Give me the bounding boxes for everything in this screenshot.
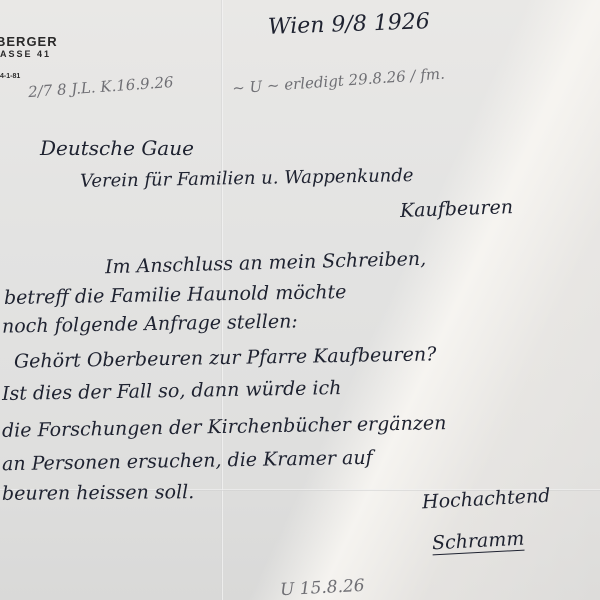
letterhead-street: ASSE 41 xyxy=(0,49,51,59)
letter-page: BERGER ASSE 41 4-1-81 Wien 9/8 1926 2/7 … xyxy=(0,0,600,600)
letterhead-phone: 4-1-81 xyxy=(0,73,20,80)
body-line-3: noch folgende Anfrage stellen: xyxy=(2,310,298,337)
body-line-2: betreff die Familie Haunold möchte xyxy=(4,281,347,309)
recipient-line-2: Verein für Familien u. Wappenkunde xyxy=(80,165,414,192)
body-line-5: Ist dies der Fall so, dann würde ich xyxy=(2,377,342,405)
body-line-6: die Forschungen der Kirchenbücher ergänz… xyxy=(2,412,447,442)
pencil-note-bottom: U 15.8.26 xyxy=(280,576,366,600)
recipient-line-3: Kaufbeuren xyxy=(400,196,514,222)
letterhead-name: BERGER xyxy=(0,34,58,49)
body-line-8: beuren heissen soll. xyxy=(2,481,194,505)
body-line-4: Gehört Oberbeuren zur Pfarre Kaufbeuren? xyxy=(14,343,437,372)
body-line-7: an Personen ersuchen, die Kramer auf xyxy=(2,447,373,475)
place-date: Wien 9/8 1926 xyxy=(268,9,431,40)
signature: Schramm xyxy=(431,528,524,556)
pencil-note-settled: ~ U ~ erledigt 29.8.26 / fm. xyxy=(232,65,446,98)
body-line-1: Im Anschluss an mein Schreiben, xyxy=(105,248,427,278)
pencil-note-reference: 2/7 8 J.L. K.16.9.26 xyxy=(28,73,174,101)
recipient-line-1: Deutsche Gaue xyxy=(40,136,194,160)
